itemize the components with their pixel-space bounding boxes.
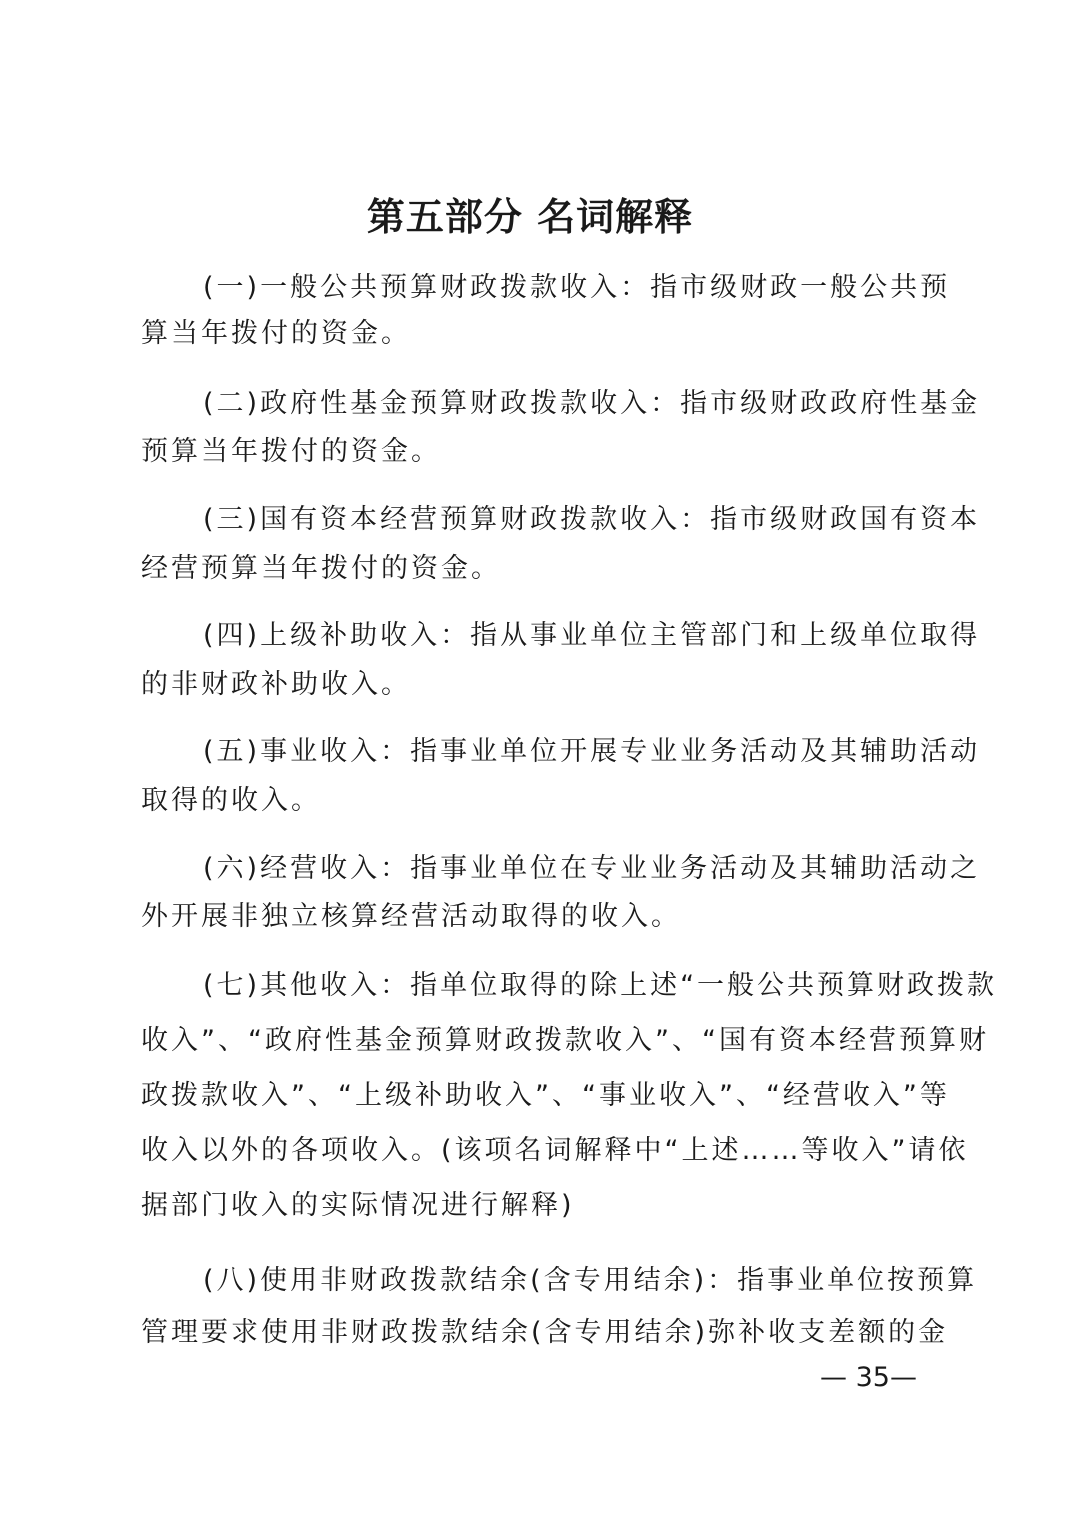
paragraph-line: (四)上级补助收入：指从事业单位主管部门和上级单位取得: [203, 616, 980, 656]
paragraph-line: 据部门收入的实际情况进行解释): [141, 1186, 575, 1226]
paragraph-line: 外开展非独立核算经营活动取得的收入。: [141, 897, 681, 937]
paragraph-line: (二)政府性基金预算财政拨款收入：指市级财政政府性基金: [203, 384, 980, 424]
paragraph-line: (三)国有资本经营预算财政拨款收入：指市级财政国有资本: [203, 500, 980, 540]
paragraph-line: 预算当年拨付的资金。: [141, 432, 441, 472]
paragraph-line: 收入以外的各项收入。(该项名词解释中“上述……等收入”请依: [141, 1131, 969, 1171]
paragraph-line: (六)经营收入：指事业单位在专业业务活动及其辅助活动之: [203, 849, 980, 889]
paragraph-line: (五)事业收入：指事业单位开展专业业务活动及其辅助活动: [203, 732, 980, 772]
paragraph-line: 算当年拨付的资金。: [141, 314, 411, 354]
paragraph-line: 的非财政补助收入。: [141, 665, 411, 705]
paragraph-line: 管理要求使用非财政拨款结余(含专用结余)弥补收支差额的金: [141, 1313, 948, 1353]
paragraph-line: 经营预算当年拨付的资金。: [141, 549, 501, 589]
paragraph-line: 政拨款收入”、“上级补助收入”、“事业收入”、“经营收入”等: [141, 1076, 950, 1116]
page-number: — 35—: [820, 1358, 917, 1398]
paragraph-line: (八)使用非财政拨款结余(含专用结余)：指事业单位按预算: [203, 1261, 977, 1301]
page-title: 第五部分 名词解释: [0, 191, 1060, 243]
paragraph-line: 取得的收入。: [141, 781, 321, 821]
paragraph-line: (一)一般公共预算财政拨款收入：指市级财政一般公共预: [203, 268, 950, 308]
paragraph-line: (七)其他收入：指单位取得的除上述“一般公共预算财政拨款: [203, 966, 997, 1006]
paragraph-line: 收入”、“政府性基金预算财政拨款收入”、“国有资本经营预算财: [141, 1021, 989, 1061]
